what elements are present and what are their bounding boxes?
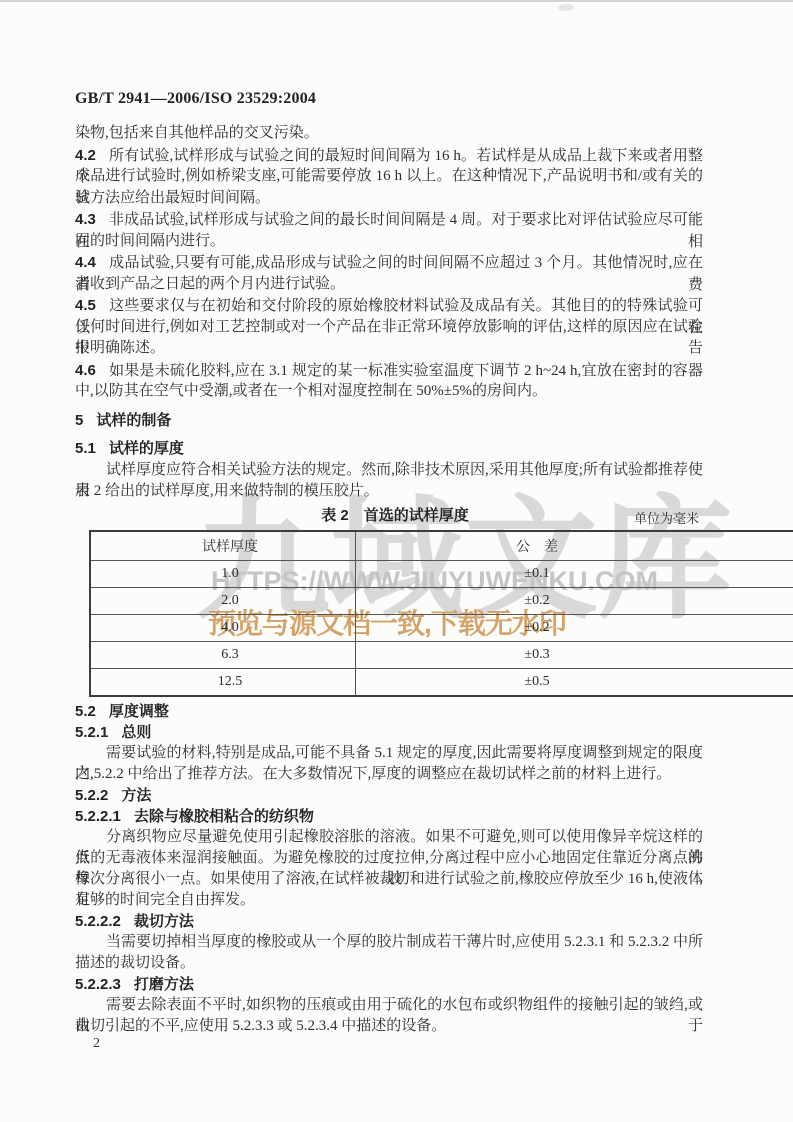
clause-number: 5.2.2.2 [75,913,121,930]
body-line: 4.3非成品试验,试样形成与试验之间的最长时间间隔是 4 周。对于要求比对评估试… [75,209,703,231]
line-text: 方法 [121,787,151,804]
body-line: 需要试验的材料,特别是成品,可能不具备 5.1 规定的厚度,因此需要将厚度调整到… [75,743,703,764]
table-caption: 表 2 首选的试样厚度 [89,505,701,527]
body-section-bottom: 5.2厚度调整5.2.1总则需要试验的材料,特别是成品,可能不具备 5.1 规定… [75,701,703,1037]
thickness-value: 4.0 [90,614,356,641]
tolerance-value: ±0.3 [356,641,793,668]
tolerance-value: ±0.5 [356,668,793,696]
section-heading: 5.2.2.2裁切方法 [75,911,703,932]
body-line: 成品进行试验时,例如桥梁支座,可能需要停放 16 h 以上。在这种情况下,产品说… [75,166,703,188]
table-unit-note: 单位为毫米 [634,508,699,530]
body-line: 分离织物应尽量避免使用引起橡胶溶胀的溶液。如果不可避免,则可以使用像异辛烷这样的… [75,827,703,848]
body-line: 试样厚度应符合相关试验方法的规定。然而,除非技术原因,采用其他厚度;所有试验都推… [75,460,703,482]
section-heading: 5.2.2.1去除与橡胶相粘合的纺织物 [75,806,703,827]
table-header: 试样厚度公 差 [90,531,793,561]
clause-number: 4.5 [75,297,96,314]
body-line: 4.4成品试验,只要有可能,成品形成与试验之间的时间间隔不应超过 3 个月。其他… [75,252,703,274]
line-text: 描述的裁切设备。 [75,955,195,971]
body-line: 每次分离很小一点。如果使用了溶液,在试样被裁切和进行试验之前,橡胶应停放至少 1… [75,869,703,890]
page-number: 2 [93,1036,100,1052]
tolerance-value: ±0.2 [356,614,793,641]
line-text: 同的时间间隔内进行。 [75,233,225,249]
line-text: 去除与橡胶相粘合的纺织物 [134,808,314,825]
line-text: 试样的厚度 [109,440,184,457]
table-header-row: 试样厚度公 差 [90,531,793,561]
line-text: 者收到产品之日起的两个月内进行试验。 [75,276,345,292]
table-row: 4.0±0.2 [90,614,793,641]
body-line: 表 2 给出的试样厚度,用来做特制的模压胶片。 [75,481,703,503]
body-line: 4.6如果是未硫化胶料,应在 3.1 规定的某一标准实验室温度下调节 2 h~2… [75,360,703,382]
body-line: 染物,包括来自其他样品的交叉污染。 [75,123,703,145]
thickness-value: 6.3 [90,641,356,668]
body-line: 需要去除表面不平时,如织物的压痕或由用于硫化的水包布或织物组件的接触引起的皱绉,… [75,995,703,1016]
tolerance-value: ±0.2 [356,587,793,614]
line-text: 表 2 给出的试样厚度,用来做特制的模压胶片。 [75,483,379,499]
line-text: 中,以防其在空气中受潮,或者在一个相对湿度控制在 50%±5%的房间内。 [75,383,547,399]
table-row: 6.3±0.3 [90,641,793,668]
section-heading: 5.2.1总则 [75,722,703,743]
scan-top-edge [0,0,793,2]
clause-number: 4.2 [75,147,96,164]
body-line: 当需要切掉相当厚度的橡胶或从一个厚的胶片制成若干薄片时,应使用 5.2.3.1 … [75,932,703,953]
line-text: 总则 [121,724,151,741]
line-text: 任何时间进行,例如对工艺控制或对一个产品在非正常环境停放影响的评估,这样的原因应… [75,319,703,357]
tolerance-value: ±0.1 [356,560,793,587]
line-text: 染物,包括来自其他样品的交叉污染。 [75,125,319,141]
thickness-table: 试样厚度公 差 1.0±0.12.0±0.24.0±0.26.3±0.312.5… [89,530,793,697]
line-text: 如果是未硫化胶料,应在 3.1 规定的某一标准实验室温度下调节 2 h~24 h… [109,363,703,379]
clause-number: 5 [75,412,83,429]
body-line: 4.2所有试验,试样形成与试验之间的最短时间间隔为 16 h。若试样是从成品上裁… [75,145,703,167]
standard-code: GB/T 2941—2006/ISO 23529:2004 [75,90,316,108]
line-text: 足够的时间完全自由挥发。 [75,892,255,908]
clause-number: 5.2.2.3 [75,976,121,993]
scan-smudge [558,4,574,11]
section-heading: 5.2厚度调整 [75,701,703,722]
thickness-value: 2.0 [90,587,356,614]
clause-number: 4.3 [75,211,96,228]
column-header: 试样厚度 [90,531,356,561]
clause-number: 5.2.2.1 [75,808,121,825]
body-line: 验方法应给出最短时间间隔。 [75,188,703,210]
line-text: 打磨方法 [134,976,194,993]
table-block: 表 2 首选的试样厚度 单位为毫米 试样厚度公 差 1.0±0.12.0±0.2… [89,505,701,697]
document-page: GB/T 2941—2006/ISO 23529:2004 九域文库 HTTPS… [0,0,793,1122]
clause-number: 5.1 [75,440,96,457]
clause-number: 5.2.2 [75,787,108,804]
table-row: 12.5±0.5 [90,668,793,696]
section-heading: 5.1试样的厚度 [75,438,703,460]
body-line: 中,以防其在空气中受潮,或者在一个相对湿度控制在 50%±5%的房间内。 [75,381,703,403]
line-text: 厚度调整 [109,703,169,720]
clause-number: 4.6 [75,362,96,379]
thickness-value: 1.0 [90,560,356,587]
body-line: 4.5这些要求仅与在初始和交付阶段的原始橡胶材料试验及成品有关。其他目的的特殊试… [75,295,703,317]
body-line: 描述的裁切设备。 [75,953,703,974]
table-row: 1.0±0.1 [90,560,793,587]
line-text: 验方法应给出最短时间间隔。 [75,190,270,206]
table-body: 1.0±0.12.0±0.24.0±0.26.3±0.312.5±0.5 [90,560,793,696]
clause-number: 4.4 [75,254,96,271]
clause-number: 5.2.1 [75,724,108,741]
column-header: 公 差 [356,531,793,561]
line-text: 试样的制备 [96,412,171,429]
body-line: 点的无毒液体来湿润接触面。为避免橡胶的过度拉伸,分离过程中应小心地固定住靠近分离… [75,848,703,869]
line-text: 裁切方法 [134,913,194,930]
section-heading: 5试样的制备 [75,410,703,432]
body-line: 任何时间进行,例如对工艺控制或对一个产品在非正常环境停放影响的评估,这样的原因应… [75,317,703,339]
line-text: 当需要切掉相当厚度的橡胶或从一个厚的胶片制成若干薄片时,应使用 5.2.3.1 … [106,934,703,950]
body-section-top: 染物,包括来自其他样品的交叉污染。4.2所有试验,试样形成与试验之间的最短时间间… [75,123,703,503]
section-heading: 5.2.2方法 [75,785,703,806]
table-row: 2.0±0.2 [90,587,793,614]
body-line: 内,5.2.2 中给出了推荐方法。在大多数情况下,厚度的调整应在裁切试样之前的材… [75,764,703,785]
section-heading: 5.2.2.3打磨方法 [75,974,703,995]
document-content: 染物,包括来自其他样品的交叉污染。4.2所有试验,试样形成与试验之间的最短时间间… [75,123,703,1037]
table-caption-row: 表 2 首选的试样厚度 单位为毫米 [89,505,701,527]
line-text: 内,5.2.2 中给出了推荐方法。在大多数情况下,厚度的调整应在裁切试样之前的材… [75,766,671,782]
line-text: 中明确陈述。 [75,340,165,356]
clause-number: 5.2 [75,703,96,720]
line-text: 裁切引起的不平,应使用 5.2.3.3 或 5.2.3.4 中描述的设备。 [75,1018,446,1034]
thickness-value: 12.5 [90,668,356,696]
body-line: 足够的时间完全自由挥发。 [75,890,703,911]
